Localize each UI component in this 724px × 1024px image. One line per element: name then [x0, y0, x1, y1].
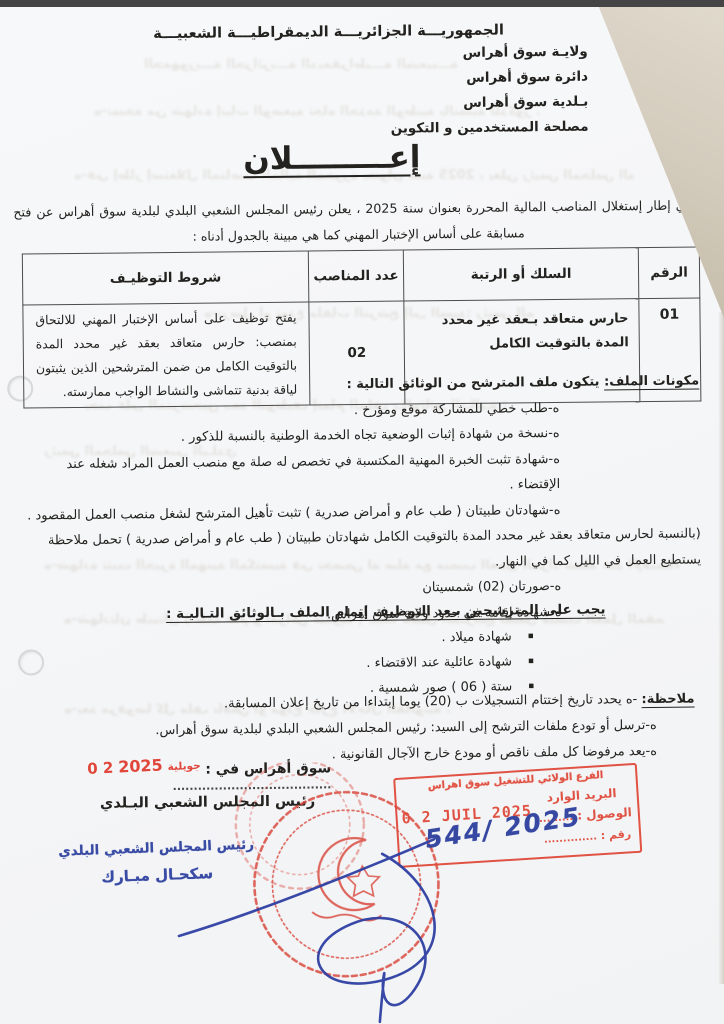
- scanner-edge: [0, 0, 724, 7]
- remark-text: -ه يحدد تاريخ إختتام التسجيلات ب (20) يو…: [224, 692, 637, 711]
- intro-paragraph: ه-في إطار إستغلال المناصب المالية المحرر…: [13, 192, 704, 251]
- number-label: رقم :: [600, 827, 631, 842]
- document-content: الجمهوريـــة الجزائريـــة الديمقراطيـــة…: [0, 0, 724, 1024]
- issuing-authority-block: ولايـة سوق أهراس دائرة سوق أهراس بـلدية …: [390, 40, 589, 142]
- remarks-label: ملاحظة:: [641, 692, 694, 708]
- col-header-count: عدد المناصب: [308, 250, 404, 302]
- announcement-title: إعـــــــــلان: [0, 137, 667, 180]
- square-bullet-icon: ▪: [528, 624, 534, 648]
- square-bullet-icon: ▪: [528, 649, 534, 673]
- punch-hole: [7, 375, 33, 401]
- commune-line: بـلدية سوق أهراس: [390, 90, 588, 117]
- col-header-conditions: شروط التوظيـف: [22, 251, 309, 305]
- dossier-heading: مكونات الملف:: [604, 373, 699, 389]
- daira-line: دائرة سوق أهراس: [390, 65, 588, 92]
- list-item-label: شهادة عائلية عند الاقتضاء .: [366, 654, 512, 671]
- dossier-heading-rest: يتكون ملف المترشح من الوثائق التالية :: [346, 375, 599, 393]
- list-item-label: شهادة ميلاد .: [441, 629, 511, 645]
- dossier-items: ه-طلب خطي للمشاركة موقع ومؤرخ . ه-نسخة م…: [23, 394, 700, 529]
- date-stamp-day: 0 2: [87, 759, 114, 778]
- col-header-number: الرقم: [638, 247, 700, 299]
- date-stamp-year: 2025: [118, 755, 163, 776]
- received-label: الوصول :: [577, 805, 632, 822]
- post-hiring-heading: يجب على المترشحين بـعد التوظيف إتمام الم…: [25, 597, 605, 627]
- table-header-row: الرقم السلك أو الرتبة عدد المناصب شروط ا…: [22, 247, 699, 305]
- paper-edge-shadow: [718, 312, 724, 984]
- dossier-section: مكونات الملف: يتكون ملف المترشح من الوثا…: [23, 368, 702, 630]
- date-stamp: 0 2 جويلية 2025: [87, 754, 201, 778]
- list-item: ه-شهادة تثبت الخبرة المهنية المكتسبة في …: [24, 446, 561, 503]
- arrival-stamp-mail-label: البريد الوارد: [546, 786, 617, 804]
- punch-hole: [18, 649, 44, 675]
- wilaya-line: ولايـة سوق أهراس: [390, 40, 588, 67]
- republic-heading: الجمهوريـــة الجزائريـــة الديمقراطيـــة…: [123, 22, 533, 42]
- guard-medical-note: (بالنسبة لحارس متعاقد بعقد غير محدد المد…: [25, 521, 701, 579]
- handwritten-signature: [142, 827, 484, 1024]
- col-header-rank: السلك أو الرتبة: [403, 248, 639, 301]
- date-stamp-month: جويلية: [167, 760, 201, 773]
